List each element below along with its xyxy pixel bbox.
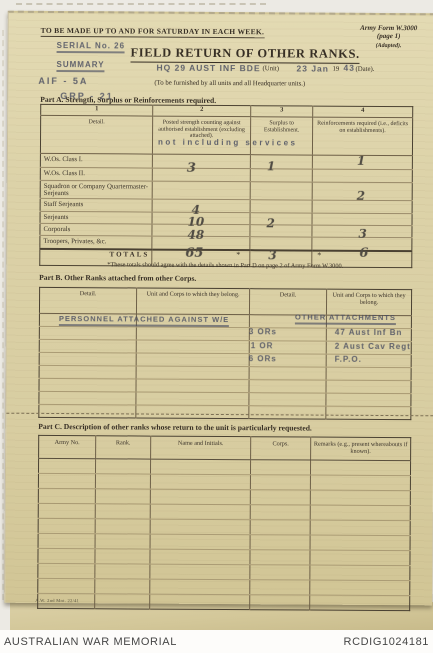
unit-stamp: HQ 29 AUST INF BDE xyxy=(156,63,260,74)
year-stamp: 43 xyxy=(343,63,355,73)
part-c-table: Army No. Rank. Name and Initials. Corps.… xyxy=(37,435,411,611)
form-title: FIELD RETURN OF OTHER RANKS. xyxy=(130,45,359,63)
top-note: TO BE MADE UP TO AND FOR SATURDAY IN EAC… xyxy=(41,26,265,38)
row-label: W.Os. Class II. xyxy=(40,167,152,181)
part-b-heading: Part B. Other Ranks attached from other … xyxy=(39,273,196,283)
handwritten-value: 1 xyxy=(267,159,275,173)
handwritten-value: 2 xyxy=(266,216,274,230)
aif-stamp: AIF - 5A xyxy=(38,76,88,86)
serial-number-stamp: SERIAL No. 26 xyxy=(57,41,125,53)
handwritten-value: 3 xyxy=(358,227,366,241)
row-label: Squadron or Company Quartermaster-Serjea… xyxy=(40,180,152,199)
col-number-2: 2 xyxy=(153,105,251,117)
part-a-table: 1 2 3 4 Detail. Posted strength counting… xyxy=(39,104,413,268)
attached-detail: 6 ORs xyxy=(249,354,277,363)
other-attachments-stamp: OTHER ATTACHMENTS xyxy=(295,312,396,325)
row-label: Staff Serjeants xyxy=(40,198,152,212)
col-header-detail: Detail. xyxy=(40,115,152,154)
unit-label: (Unit) xyxy=(262,65,279,72)
totals-asterisk: * xyxy=(317,251,321,260)
date-stamp: 23 Jan xyxy=(296,63,329,73)
attached-detail: 1 OR xyxy=(251,341,274,350)
attached-detail: 3 ORs xyxy=(249,327,277,336)
col-header-unit-right: Unit and Corps to which they belong. xyxy=(326,289,411,316)
col-number-4: 4 xyxy=(313,106,413,118)
year-printed: 19 xyxy=(332,66,339,73)
handwritten-value: 3 xyxy=(187,161,196,176)
col-header-surplus: Surplus to Establishment. xyxy=(250,117,312,155)
services-stamp: not including services xyxy=(158,138,298,148)
col-header-corps: Corps. xyxy=(251,437,311,460)
col-header-unit-left: Unit and Corps to which they belong. xyxy=(136,288,249,315)
column-header-row: Army No. Rank. Name and Initials. Corps.… xyxy=(39,435,411,460)
col-header-name: Name and Initials. xyxy=(151,436,251,460)
stitch-marks-left xyxy=(2,30,4,600)
attached-unit: F.P.O. xyxy=(335,355,362,364)
archive-bar: AUSTRALIAN WAR MEMORIAL RCDIG1024181 xyxy=(0,630,433,653)
col-header-rank: Rank. xyxy=(96,436,151,459)
attached-unit: 2 Aust Cav Regt xyxy=(335,342,411,351)
summary-stamp: SUMMARY xyxy=(56,60,104,72)
handwritten-total: 6 xyxy=(359,246,368,261)
archive-id: RCDIG1024181 xyxy=(344,636,429,648)
archive-name: AUSTRALIAN WAR MEMORIAL xyxy=(4,636,177,648)
handwritten-total: 65 xyxy=(185,246,203,261)
handwritten-value: 2 xyxy=(357,189,365,203)
part-a-footnote: *These totals should agree with the deta… xyxy=(55,261,395,270)
form-paper: TO BE MADE UP TO AND FOR SATURDAY IN EAC… xyxy=(4,11,433,606)
form-reference-line2: (page 1) xyxy=(344,32,433,41)
scanned-page: TO BE MADE UP TO AND FOR SATURDAY IN EAC… xyxy=(0,0,433,653)
empty-row xyxy=(38,593,410,610)
row-label: Serjeants xyxy=(40,211,152,224)
handwritten-value: 48 xyxy=(187,228,204,242)
handwritten-value: 10 xyxy=(187,215,204,229)
col-number-1: 1 xyxy=(41,104,153,116)
empty-row xyxy=(39,404,411,419)
col-header-posted-strength: Posted strength counting against authori… xyxy=(152,116,250,155)
handwritten-total: 3 xyxy=(268,248,276,262)
column-header-row: Detail. Unit and Corps to which they bel… xyxy=(39,287,411,315)
col-header-detail-left: Detail. xyxy=(39,287,136,314)
date-label: (Date). xyxy=(355,66,374,73)
col-header-detail-right: Detail. xyxy=(249,289,326,315)
row-label: Corporals xyxy=(40,223,152,236)
column-header-row: Detail. Posted strength counting against… xyxy=(40,115,412,155)
row-label: Troopers, Privates, &c. xyxy=(40,235,152,249)
col-header-remarks: Remarks (e.g., present whereabouts if kn… xyxy=(311,437,411,461)
col-number-3: 3 xyxy=(251,106,313,117)
attached-against-we-stamp: PERSONNEL ATTACHED AGAINST W/E xyxy=(59,314,229,327)
col-header-reinforcements: Reinforcements required (i.e., deficits … xyxy=(312,117,412,156)
stitch-marks xyxy=(16,3,266,5)
totals-asterisk: * xyxy=(236,250,240,259)
part-c-heading: Part C. Description of other ranks whose… xyxy=(38,422,312,433)
part-b-table: Detail. Unit and Corps to which they bel… xyxy=(38,287,412,420)
row-label: W.Os. Class I. xyxy=(40,153,152,168)
furnish-note: (To be furnished by all units and all He… xyxy=(154,80,305,88)
attached-unit: 47 Aust Inf Bn xyxy=(335,328,403,337)
col-header-army-no: Army No. xyxy=(39,435,96,458)
printer-imprint: A.W. 2nd Mnt. 22/41 xyxy=(35,598,79,603)
handwritten-value: 1 xyxy=(357,154,365,168)
